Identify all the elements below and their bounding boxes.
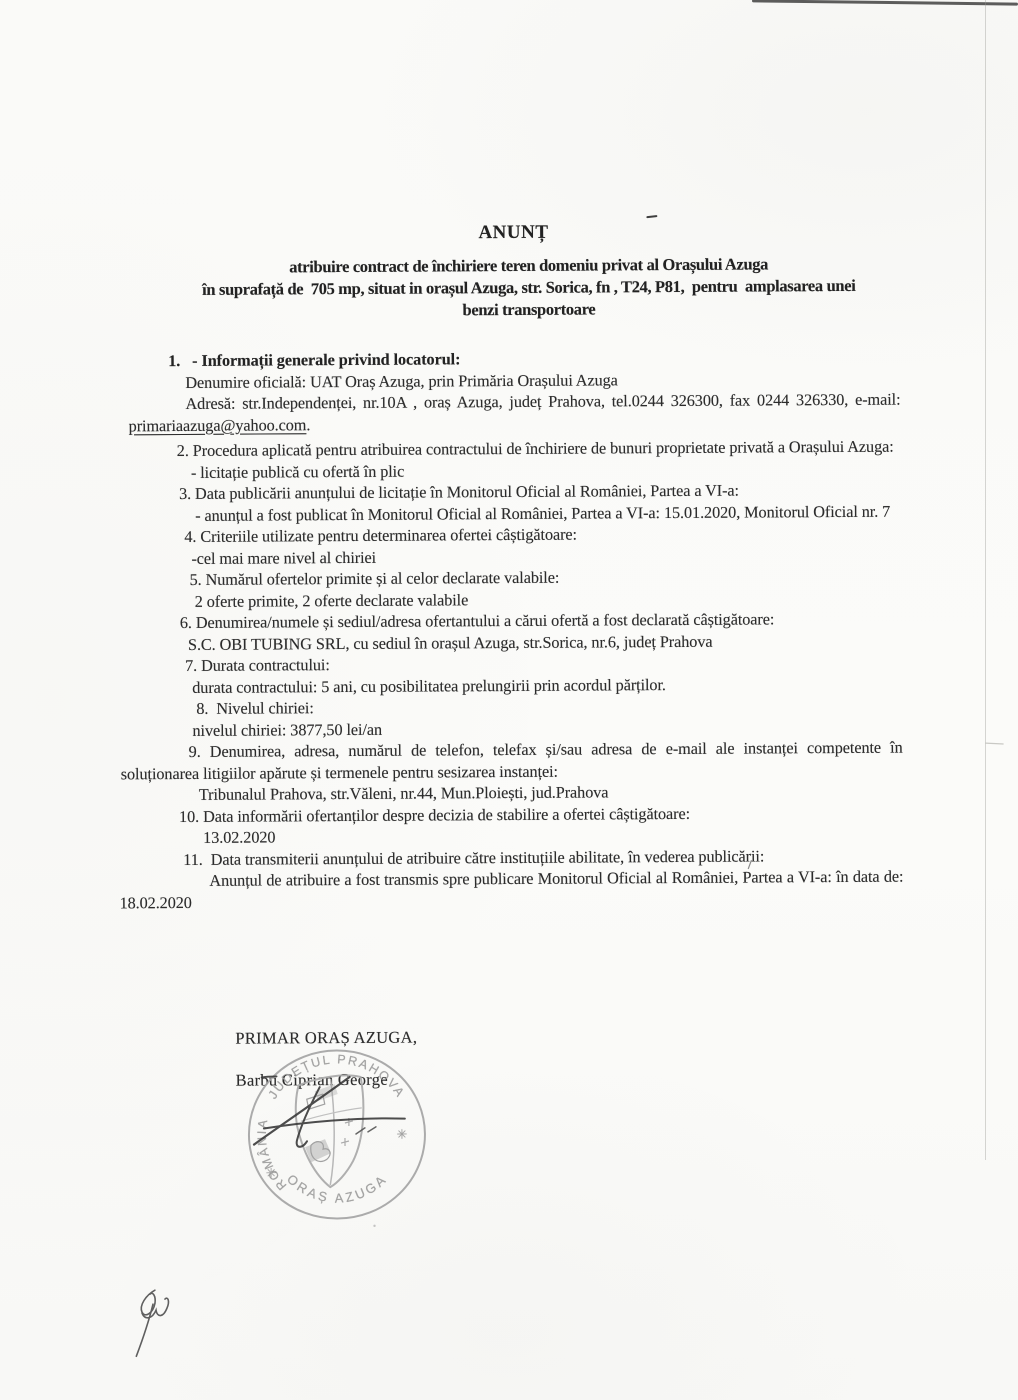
doc-line-text: Adresă: str.Independenței, nr.10A , oraș… (185, 390, 900, 413)
stamp-arc-text-romania: ROMÂNIA (255, 1117, 290, 1193)
document-body: 1. - Informații generale privind locator… (128, 346, 903, 914)
svg-text:ROMÂNIA: ROMÂNIA (255, 1117, 290, 1193)
doc-line-18: 9. Denumirea, adresa, numărul de telefon… (121, 737, 903, 785)
stamp-arc-text-oras-azuga: ORAȘ AZUGA (284, 1171, 390, 1206)
subtitle-line-3: benzi transportoare (42, 295, 1016, 323)
stamp-asterisk-right-icon: ✳ (396, 1127, 407, 1142)
stamp-coat-of-arms-icon (296, 1075, 364, 1187)
initials-mark (136, 1290, 169, 1356)
doc-line-3: Adresă: str.Independenței, nr.10A , oraș… (128, 389, 900, 437)
document-subtitle: atribuire contract de închiriere teren d… (42, 252, 1016, 323)
stamp-asterisk-left-icon: ✳ (266, 1165, 277, 1180)
scan-artifact-vertical-line (985, 0, 986, 1160)
document-title: ANUNȚ (11, 219, 1015, 247)
svg-text:ORAȘ AZUGA: ORAȘ AZUGA (284, 1171, 390, 1206)
stamp-ink-speckle (373, 1225, 375, 1227)
scan-content-layer: ANUNȚ atribuire contract de închiriere t… (0, 0, 1018, 1400)
signature-block: PRIMAR ORAȘ AZUGA, Barbu Ciprian George (235, 1027, 417, 1092)
signatory-title: PRIMAR ORAȘ AZUGA, (235, 1027, 417, 1050)
doc-line-text: . (306, 415, 310, 434)
doc-line-23: Anunțul de atribuire a fost transmis spr… (119, 866, 903, 914)
signatory-name: Barbu Ciprian George (236, 1069, 418, 1092)
email-underlined: primariaazuga@yahoo.com (129, 415, 307, 435)
scanned-document-page: ANUNȚ atribuire contract de închiriere t… (0, 0, 1018, 1400)
